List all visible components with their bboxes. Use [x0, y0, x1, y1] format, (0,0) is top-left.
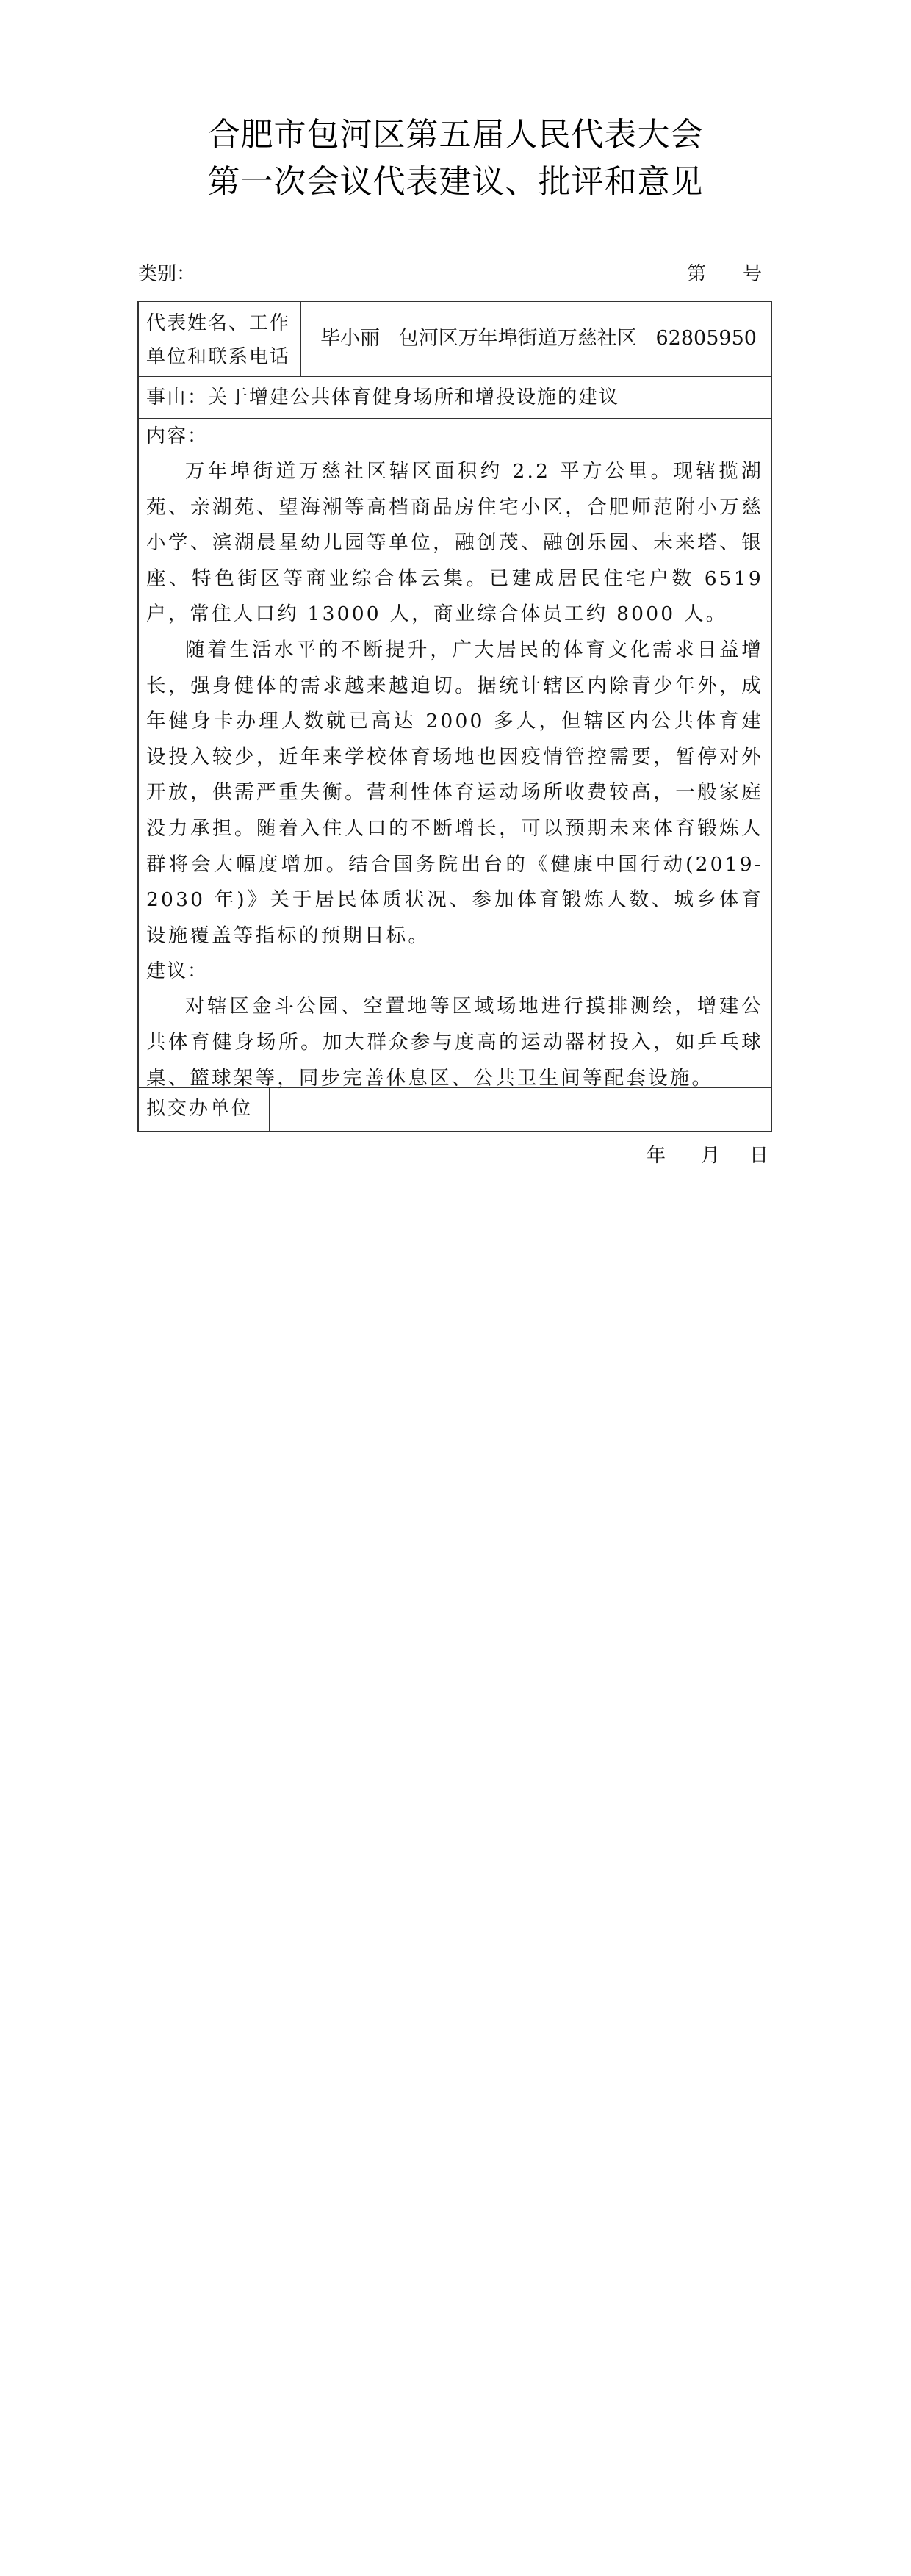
content-label: 内容：: [146, 419, 763, 454]
proposal-table: 代表姓名、工作单位和联系电话 毕小丽 包河区万年埠街道万慈社区 62805950…: [137, 301, 772, 1132]
representative-label: 代表姓名、工作单位和联系电话: [139, 302, 301, 376]
number-suffix: 号: [743, 262, 762, 287]
content-row: 内容： 万年埠街道万慈社区辖区面积约 2.2 平方公里。现辖揽湖苑、亲湖苑、望海…: [139, 419, 771, 1088]
handler-value: [270, 1088, 771, 1131]
reason-row: 事由：关于增建公共体育健身场所和增投设施的建议: [139, 377, 771, 419]
document-title-line2: 第一次会议代表建议、批评和意见: [0, 159, 911, 206]
suggestion-paragraph: 对辖区金斗公园、空置地等区域场地进行摸排测绘，增建公共体育健身场所。加大群众参与…: [146, 989, 763, 1096]
number-prefix: 第: [687, 262, 706, 287]
handler-row: 拟交办单位: [139, 1088, 771, 1131]
suggestion-label: 建议：: [146, 954, 763, 989]
content-paragraph: 随着生活水平的不断提升，广大居民的体育文化需求日益增长，强身健体的需求越来越迫切…: [146, 633, 763, 954]
representative-row: 代表姓名、工作单位和联系电话 毕小丽 包河区万年埠街道万慈社区 62805950: [139, 302, 771, 377]
date-day: 日: [749, 1143, 768, 1168]
document-title-line1: 合肥市包河区第五届人民代表大会: [0, 112, 911, 159]
date-month: 月: [701, 1143, 720, 1168]
date-year: 年: [647, 1143, 666, 1168]
representative-value: 毕小丽 包河区万年埠街道万慈社区 62805950: [301, 302, 771, 376]
serial-number: 第号: [687, 262, 762, 287]
category-label: 类别：: [138, 262, 195, 287]
handler-label: 拟交办单位: [139, 1088, 270, 1131]
content-paragraph: 万年埠街道万慈社区辖区面积约 2.2 平方公里。现辖揽湖苑、亲湖苑、望海潮等高档…: [146, 454, 763, 633]
date-line: 年月日: [647, 1143, 768, 1168]
